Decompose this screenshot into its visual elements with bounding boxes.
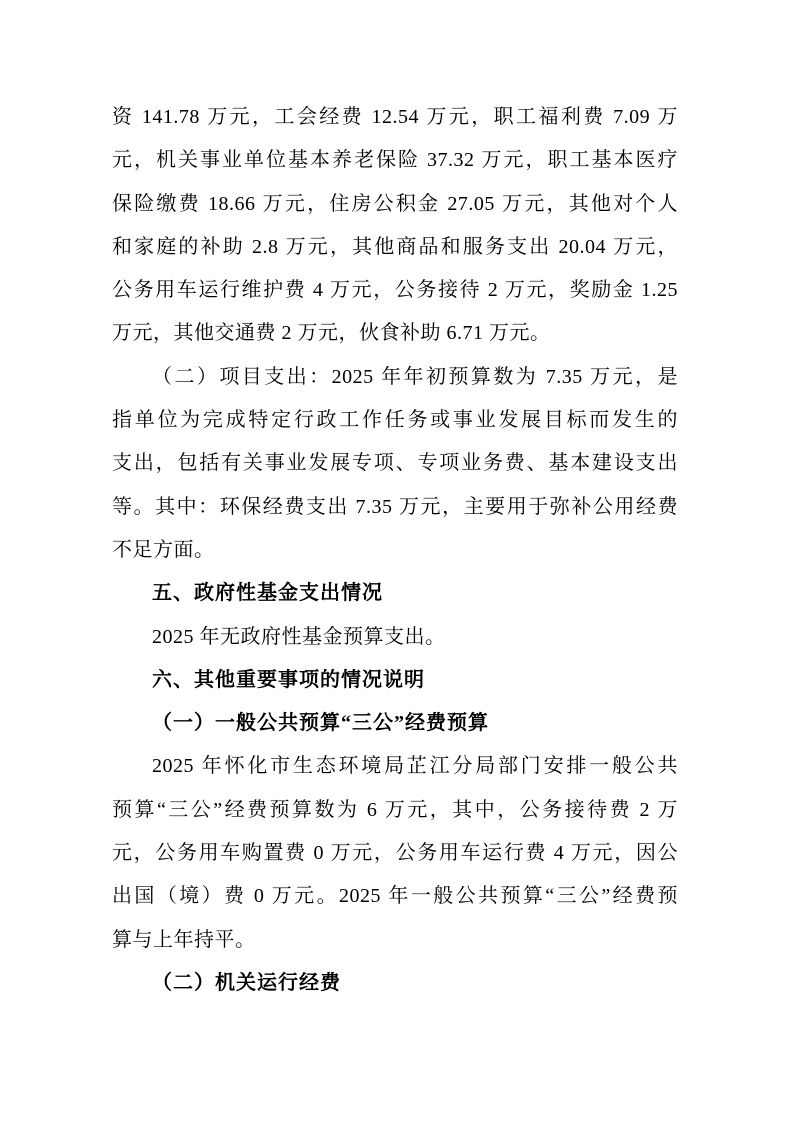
para-gov-fund-statement: 2025 年无政府性基金预算支出。 (112, 616, 678, 659)
para-project-expenditure-line-5: 不足方面。 (112, 529, 678, 572)
para-project-expenditure-line-2: 指单位为完成特定行政工作任务或事业发展目标而发生的 (112, 399, 678, 442)
para-basic-expenditure-line-6: 万元，其他交通费 2 万元，伙食补助 6.71 万元。 (112, 312, 678, 355)
para-three-public-line-2: 预算“三公”经费预算数为 6 万元，其中，公务接待费 2 万 (112, 789, 678, 832)
heading-section-6-other-matters: 六、其他重要事项的情况说明 (112, 659, 678, 702)
para-project-expenditure-line-4: 等。其中：环保经费支出 7.35 万元，主要用于弥补公用经费 (112, 486, 678, 529)
heading-sub-2-agency-operating-funds: （二）机关运行经费 (112, 962, 678, 1005)
para-basic-expenditure-line-4: 和家庭的补助 2.8 万元，其他商品和服务支出 20.04 万元， (112, 226, 678, 269)
heading-section-5-gov-fund: 五、政府性基金支出情况 (112, 572, 678, 615)
para-project-expenditure-line-3: 支出，包括有关事业发展专项、专项业务费、基本建设支出 (112, 442, 678, 485)
para-three-public-line-4: 出国（境）费 0 万元。2025 年一般公共预算“三公”经费预 (112, 875, 678, 918)
document-body: 资 141.78 万元，工会经费 12.54 万元，职工福利费 7.09 万 元… (112, 96, 678, 1005)
heading-sub-1-three-public-budget: （一）一般公共预算“三公”经费预算 (112, 702, 678, 745)
para-basic-expenditure-line-2: 元，机关事业单位基本养老保险 37.32 万元，职工基本医疗 (112, 139, 678, 182)
para-project-expenditure-line-1: （二）项目支出：2025 年年初预算数为 7.35 万元，是 (112, 356, 678, 399)
document-page: 资 141.78 万元，工会经费 12.54 万元，职工福利费 7.09 万 元… (0, 0, 793, 1122)
para-basic-expenditure-line-5: 公务用车运行维护费 4 万元，公务接待 2 万元，奖励金 1.25 (112, 269, 678, 312)
para-three-public-line-5: 算与上年持平。 (112, 919, 678, 962)
para-basic-expenditure-line-3: 保险缴费 18.66 万元，住房公积金 27.05 万元，其他对个人 (112, 183, 678, 226)
para-three-public-line-3: 元，公务用车购置费 0 万元，公务用车运行费 4 万元，因公 (112, 832, 678, 875)
para-three-public-line-1: 2025 年怀化市生态环境局芷江分局部门安排一般公共 (112, 745, 678, 788)
para-basic-expenditure-line-1: 资 141.78 万元，工会经费 12.54 万元，职工福利费 7.09 万 (112, 96, 678, 139)
